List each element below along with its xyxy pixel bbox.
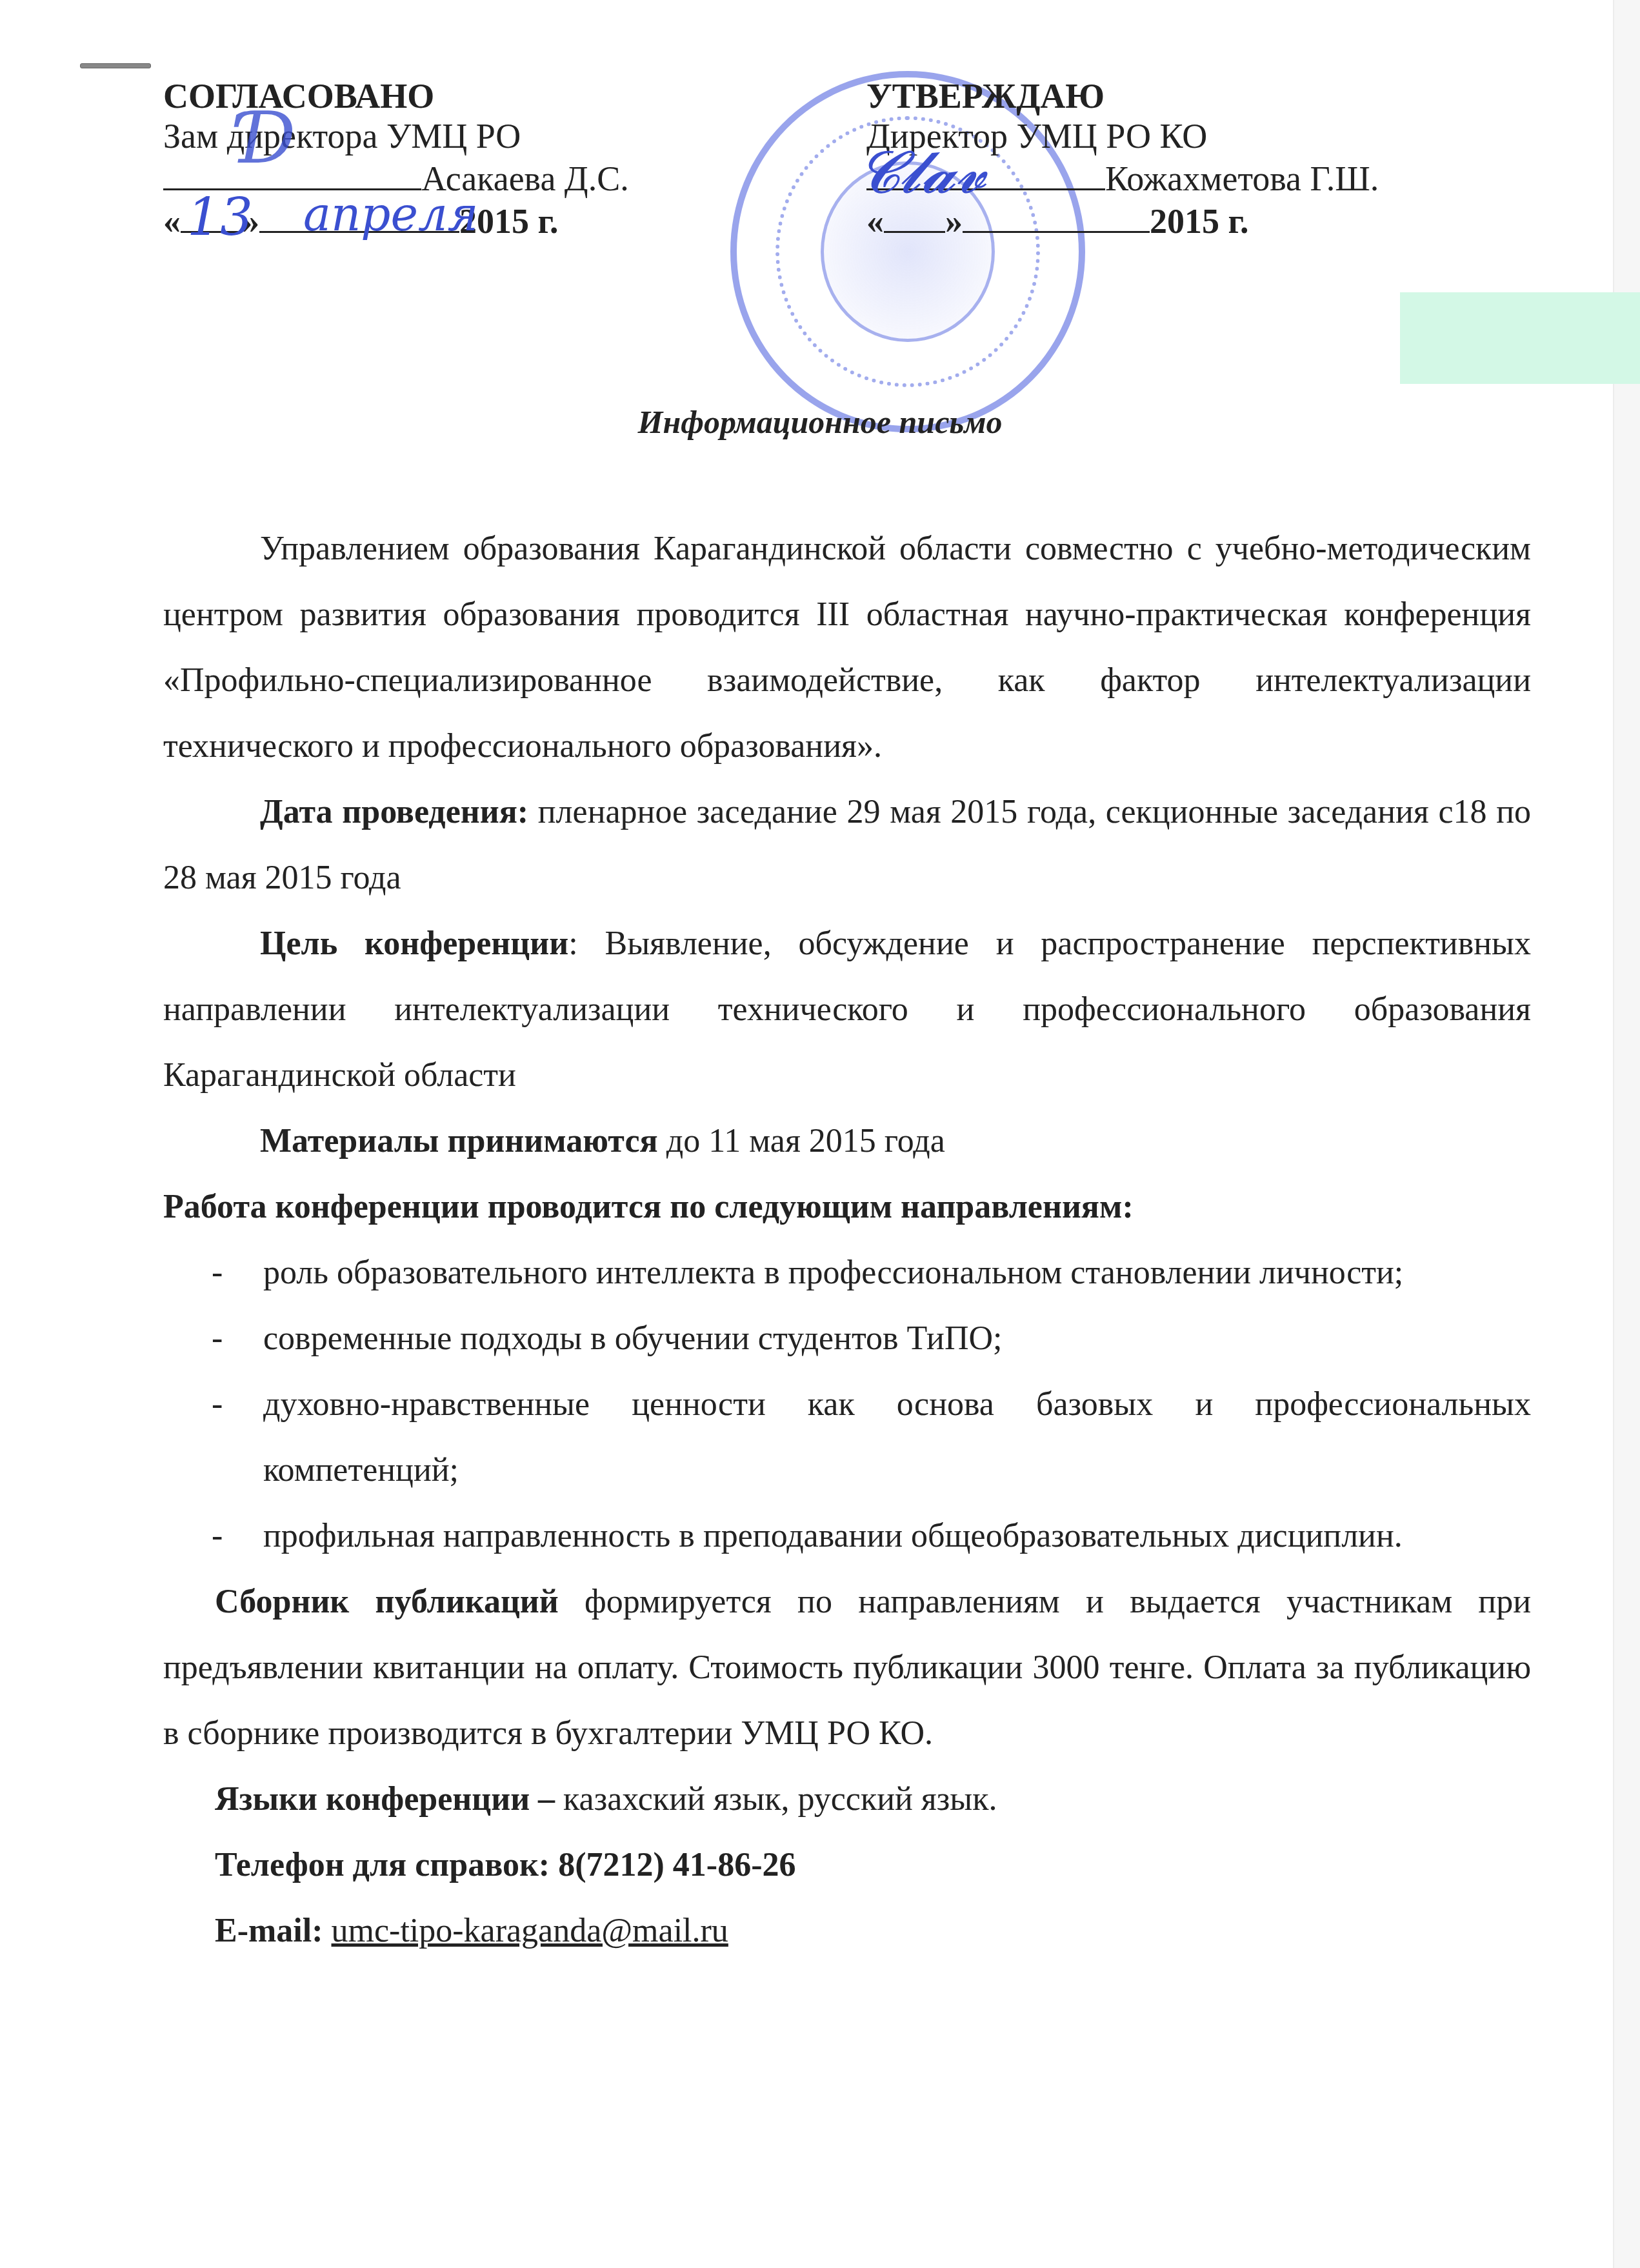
collection-label: Сборник публикаций — [215, 1583, 559, 1620]
approved-signer: Кожахметова Г.Ш. — [1105, 159, 1379, 198]
document-page: СОГЛАСОВАНО Зам директора УМЦ РО Асакаев… — [0, 0, 1640, 2268]
letter-body: Управлением образования Карагандинской о… — [163, 516, 1531, 1964]
goal-paragraph: Цель конференции: Выявление, обсуждение … — [163, 911, 1531, 1109]
signature-kozhakhmetova: 𝓒𝓵𝓪𝓿 — [858, 139, 986, 207]
handwritten-day: 13 — [187, 187, 253, 247]
languages-text: казахский язык, русский язык. — [555, 1781, 997, 1818]
languages-label: Языки конференции – — [215, 1781, 555, 1818]
materials-label: Материалы принимаются — [260, 1123, 658, 1159]
directions-list: -роль образовательного интеллекта в проф… — [163, 1240, 1531, 1569]
quote-open: « — [163, 202, 181, 241]
collection-paragraph: Сборник публикаций формируется по направ… — [163, 1569, 1531, 1767]
materials-text: до 11 мая 2015 года — [658, 1123, 945, 1159]
directions-heading: Работа конференции проводится по следующ… — [163, 1174, 1531, 1240]
approved-year: 2015 г. — [1150, 202, 1248, 241]
agreed-title: СОГЛАСОВАНО — [163, 76, 629, 116]
quote-open: « — [866, 202, 884, 241]
approved-title: УТВЕРЖДАЮ — [866, 76, 1379, 116]
email-line: E-mail: umc-tipo-karaganda@mail.ru — [163, 1898, 1531, 1964]
list-item: -духовно-нравственные ценности как основ… — [163, 1372, 1531, 1503]
staple-mark — [80, 63, 151, 68]
intro-paragraph: Управлением образования Карагандинской о… — [163, 516, 1531, 779]
direction-text: профильная направленность в преподавании… — [263, 1518, 1403, 1554]
list-item: -роль образовательного интеллекта в проф… — [163, 1240, 1531, 1306]
materials-paragraph: Материалы принимаются до 11 мая 2015 год… — [163, 1109, 1531, 1174]
phone-line: Телефон для справок: 8(7212) 41-86-26 — [163, 1832, 1531, 1898]
languages-paragraph: Языки конференции – казахский язык, русс… — [163, 1767, 1531, 1832]
dash-bullet: - — [212, 1372, 223, 1438]
direction-text: роль образовательного интеллекта в профе… — [263, 1254, 1403, 1291]
dash-bullet: - — [212, 1306, 223, 1372]
agreed-position: Зам директора УМЦ РО — [163, 116, 629, 156]
date-label: Дата проведения: — [260, 794, 528, 830]
goal-label: Цель конференции — [260, 925, 568, 962]
date-paragraph: Дата проведения: пленарное заседание 29 … — [163, 779, 1531, 911]
email-label: E-mail: — [215, 1912, 323, 1949]
email-link[interactable]: umc-tipo-karaganda@mail.ru — [332, 1912, 728, 1949]
direction-text: духовно-нравственные ценности как основа… — [263, 1386, 1531, 1489]
sticky-note-tab — [1400, 292, 1640, 384]
signature-asakaeva: Ɗ — [239, 97, 295, 179]
quote-close: » — [945, 202, 963, 241]
dash-bullet: - — [212, 1240, 223, 1306]
month-underline — [963, 199, 1150, 233]
direction-text: современные подходы в обучении студентов… — [263, 1320, 1002, 1357]
list-item: -современные подходы в обучении студенто… — [163, 1306, 1531, 1372]
handwritten-month: апреля — [303, 187, 479, 241]
dash-bullet: - — [212, 1503, 223, 1569]
document-title: Информационное письмо — [0, 403, 1640, 441]
list-item: -профильная направленность в преподавани… — [163, 1503, 1531, 1569]
